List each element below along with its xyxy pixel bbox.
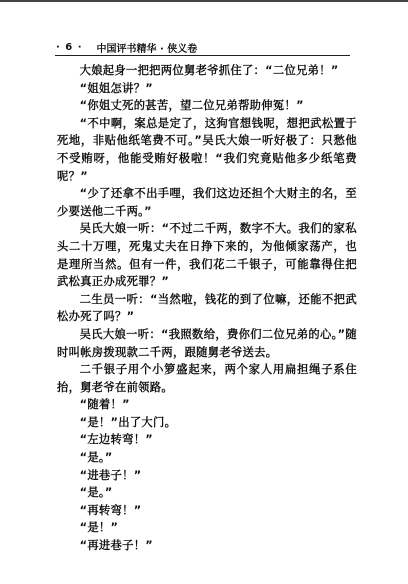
paragraph: “左边转弯！” [57,431,357,449]
paragraph: “随着！” [57,396,357,414]
page-header: · 6 · 中国评书精华 · 侠义卷 [56,39,352,55]
paragraph: 二生员一听：“当然啦，钱花的到了位嘛，还能不把武松办死了吗？” [57,291,357,326]
paragraph: “少了还拿不出手哩，我们这边还担个大财主的名，至少要送他二千两。” [57,185,357,220]
paragraph: “是！”出了大门。 [57,414,357,432]
header-divider [55,55,350,56]
paragraph: 大娘起身一把把两位舅老爷抓住了：“二位兄弟！” [57,62,357,80]
paragraph: “姐姐怎讲？” [57,80,357,98]
book-title: 中国评书精华 · 侠义卷 [97,40,198,55]
paragraph: 吴氏大娘一听：“不过二千两，数字不大。我们的家私头二十万哩，死鬼丈夫在日挣下来的… [57,220,357,290]
scan-top-border [0,0,408,2]
paragraph: “不中啊，案总是定了，这狗官想钱呢，想把武松置于死地，非贴他纸笔费不可。”吴氏大… [57,115,357,185]
paragraph: “是！” [57,519,357,537]
paragraph: “你姐丈死的甚苦，望二位兄弟帮助伸冤！” [57,97,357,115]
paragraph: 吴氏大娘一听：“我照数给，费你们二位兄弟的心。”随时叫帐房拨现款二千两，跟随舅老… [57,326,357,361]
paragraph: “是。” [57,484,357,502]
paragraph: “再转弯！” [57,502,357,520]
page-body: 大娘起身一把把两位舅老爷抓住了：“二位兄弟！” “姐姐怎讲？” “你姐丈死的甚苦… [57,62,357,555]
paragraph: 二千银子用个小箩盛起来，两个家人用扁担绳子系住抬，舅老爷在前领路。 [57,361,357,396]
page-number: · 6 · [56,42,83,53]
paragraph: “是。” [57,449,357,467]
paragraph: “再进巷子！” [57,537,357,555]
paragraph: “进巷子！” [57,467,357,485]
